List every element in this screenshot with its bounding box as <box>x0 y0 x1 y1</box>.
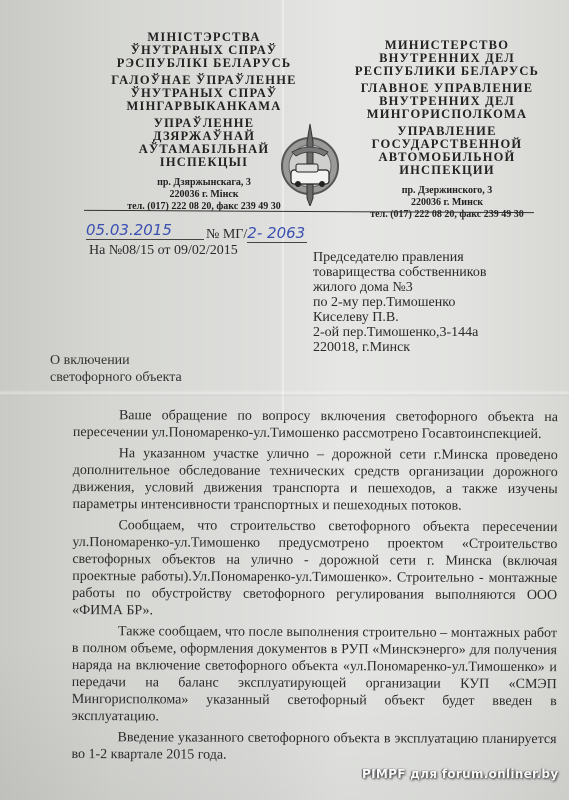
header-line: МІНГАРВЫКАНКАМА <box>106 100 302 113</box>
inspection-name-by: УПРАЎЛЕННЕ ДЗЯРЖАЎНАЙ АЎТАМАБІЛЬНАЙ ІНСП… <box>106 117 302 169</box>
addressee-line: по 2-му пер.Тимошенко <box>313 295 486 310</box>
outgoing-number: № МГ/2- 2063 <box>206 224 307 243</box>
number-handwritten: 2- 2063 <box>247 224 307 243</box>
outgoing-date: 05.03.2015 <box>86 221 204 240</box>
body-paragraph: На указанном участке улично – дорожной с… <box>73 445 558 515</box>
header-line: ІНСПЕКЦЫІ <box>106 156 302 169</box>
subject-block: О включении светофорного объекта <box>50 352 182 386</box>
inspection-name-ru: УПРАВЛЕНИЕ ГОСУДАРСТВЕННОЙ АВТОМОБИЛЬНОЙ… <box>347 125 547 177</box>
body-paragraph: Ваше обращение по вопросу включения свет… <box>73 407 558 443</box>
contact-block-by: пр. Дзяржынскага, 3 220036 г. Мінск тел.… <box>106 177 302 213</box>
main-department-by: ГАЛОЎНАЕ ЎПРАЎЛЕННЕ ЎНУТРАНЫХ СПРАЎ МІНГ… <box>106 74 302 113</box>
ministry-name-ru: МИНИСТЕРСТВО ВНУТРЕННИХ ДЕЛ РЕСПУБЛИКИ Б… <box>347 39 547 78</box>
gai-emblem-icon <box>278 120 342 206</box>
body-paragraph: Сообщаем, что строительство светофорного… <box>72 517 557 621</box>
ministry-name-by: МІНІСТЭРСТВА ЎНУТРАНЫХ СПРАЎ РЭСПУБЛІКІ … <box>106 31 302 70</box>
letterhead-belarusian: МІНІСТЭРСТВА ЎНУТРАНЫХ СПРАЎ РЭСПУБЛІКІ … <box>106 31 302 213</box>
addressee-line: Председателю правления <box>313 250 486 265</box>
street-address: пр. Дзержинского, 3 <box>347 185 547 197</box>
header-line: МИНГОРИСПОЛКОМА <box>347 108 547 121</box>
postal-address: 220036 г. Мінск <box>106 189 302 201</box>
street-address: пр. Дзяржынскага, 3 <box>106 177 302 189</box>
reference-number: На №08/15 от 09/02/2015 <box>89 243 238 259</box>
body-paragraph: Введение указанного светофорного объекта… <box>71 729 556 765</box>
paper-fold-horizontal <box>0 390 569 396</box>
letter-body: Ваше обращение по вопросу включения свет… <box>71 407 558 769</box>
addressee-block: Председателю правления товарищества собс… <box>313 250 486 355</box>
addressee-line: товарищества собственников <box>313 265 486 280</box>
postal-address: 220036 г. Минск <box>347 197 547 209</box>
subject-line: светофорного объекта <box>50 369 182 386</box>
number-prefix: № МГ/ <box>206 227 247 242</box>
watermark: PIMPF для forum.onliner.by <box>362 767 558 781</box>
header-line: РЭСПУБЛІКІ БЕЛАРУСЬ <box>106 57 302 70</box>
addressee-line: Киселеву П.В. <box>313 310 486 325</box>
subject-line: О включении <box>50 352 182 369</box>
letterhead-russian: МИНИСТЕРСТВО ВНУТРЕННИХ ДЕЛ РЕСПУБЛИКИ Б… <box>347 39 547 221</box>
addressee-line: жилого дома №3 <box>313 280 486 295</box>
main-department-ru: ГЛАВНОЕ УПРАВЛЕНИЕ ВНУТРЕННИХ ДЕЛ МИНГОР… <box>347 82 547 121</box>
contact-block-ru: пр. Дзержинского, 3 220036 г. Минск тел.… <box>347 185 547 221</box>
body-paragraph: Также сообщаем, что после выполнения стр… <box>72 623 557 727</box>
header-line: ИНСПЕКЦИИ <box>347 164 547 177</box>
addressee-line: 2-ой пер.Тимошенко,3-144а <box>313 325 486 340</box>
header-line: РЕСПУБЛИКИ БЕЛАРУСЬ <box>347 65 547 78</box>
addressee-line: 220018, г.Минск <box>313 340 486 355</box>
